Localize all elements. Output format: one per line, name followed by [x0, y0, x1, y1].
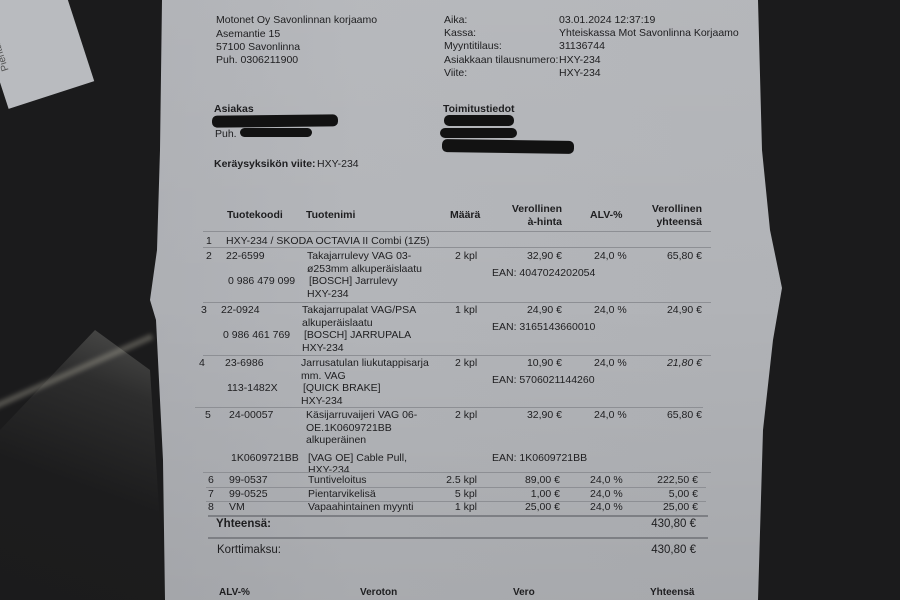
product-code: 22-6599: [226, 250, 265, 263]
row-divider: [203, 247, 711, 248]
ean-code: EAN: 1K0609721BB: [492, 452, 587, 465]
unit-price: 89,00 €: [488, 474, 560, 487]
product-name: Pientarvikelisä: [308, 488, 376, 501]
meta-label: Kassa:: [444, 27, 476, 40]
background-light-reflection: [0, 300, 170, 600]
supplier-code: 113-1482X: [227, 382, 278, 395]
unit-price: 24,90 €: [488, 304, 562, 317]
unit-price: 32,90 €: [488, 250, 562, 263]
row-number: 8: [208, 501, 214, 514]
line-total: 222,50 €: [626, 474, 698, 487]
vat-header-tax: Vero: [513, 586, 535, 599]
meta-label: Aika:: [444, 14, 467, 27]
ean-code: EAN: 5706021144260: [492, 374, 595, 387]
product-code: 24-00057: [229, 409, 273, 422]
product-code: 23-6986: [225, 357, 264, 370]
collection-ref-label: Keräysyksikön viite:: [214, 158, 316, 171]
meta-label: Viite:: [444, 67, 467, 80]
unit-price: 1,00 €: [488, 488, 560, 501]
unit-price: 25,00 €: [488, 501, 560, 514]
quantity: 2 kpl: [455, 250, 477, 263]
product-name-line: mm. VAG: [301, 370, 346, 383]
card-payment-label: Korttimaksu:: [217, 544, 281, 557]
vat-rate: 24,0 %: [594, 357, 627, 370]
vat-header-total: Yhteensä: [650, 586, 694, 599]
product-code: 99-0525: [229, 488, 268, 501]
header-unit-price-1: Verollinen: [488, 203, 562, 216]
product-reference: HXY-234: [307, 288, 349, 301]
supplier-code: 1K0609721BB: [231, 452, 299, 465]
header-name: Tuotenimi: [306, 209, 355, 222]
supplier-code: 0 986 461 769: [223, 329, 290, 342]
product-reference: HXY-234: [301, 395, 343, 408]
customer-phone-redacted: [240, 128, 312, 137]
quantity: 1 kpl: [410, 501, 477, 514]
vat-rate: 24,0 %: [594, 409, 627, 422]
product-brand: [QUICK BRAKE]: [303, 382, 381, 395]
total-divider-top: [208, 515, 708, 517]
vat-rate: 24,0 %: [590, 501, 623, 514]
line-total: 21,80 €: [628, 357, 702, 370]
row-divider: [203, 355, 711, 356]
row-number: 7: [208, 488, 214, 501]
product-code: VM: [229, 501, 245, 514]
product-name-line: alkuperäinen: [306, 434, 366, 447]
unit-price: 32,90 €: [488, 409, 562, 422]
header-divider: [203, 231, 711, 232]
card-payment-value: 430,80 €: [600, 544, 696, 557]
quantity: 1 kpl: [455, 304, 477, 317]
product-code: 99-0537: [229, 474, 268, 487]
row-number: 5: [205, 409, 211, 422]
vat-rate: 24,0 %: [590, 488, 623, 501]
total-divider-bottom: [208, 537, 708, 539]
total-label: Yhteensä:: [216, 518, 271, 531]
product-brand: [BOSCH] Jarrulevy: [309, 275, 398, 288]
row-number: 4: [199, 357, 205, 370]
unit-price: 10,90 €: [488, 357, 562, 370]
seller-name: Motonet Oy Savonlinnan korjaamo: [216, 14, 377, 27]
line-total: 65,80 €: [628, 409, 702, 422]
seller-phone: Puh. 0306211900: [216, 54, 298, 67]
line-total: 65,80 €: [628, 250, 702, 263]
ean-code: EAN: 3165143660010: [492, 321, 595, 334]
line-total: 24,90 €: [628, 304, 702, 317]
customer-phone-label: Puh.: [215, 128, 237, 141]
vat-rate: 24,0 %: [594, 250, 627, 263]
row-divider: [203, 472, 711, 473]
product-name-line: ø253mm alkuperäislaatu: [307, 263, 422, 276]
seller-street: Asemantie 15: [216, 28, 280, 41]
total-value: 430,80 €: [600, 518, 696, 531]
quantity: 5 kpl: [410, 488, 477, 501]
background-paper-text: Pientarvikelisä: [0, 8, 11, 73]
meta-value: HXY-234: [559, 67, 601, 80]
row-number: 3: [201, 304, 207, 317]
product-brand: [VAG OE] Cable Pull,: [308, 452, 407, 465]
row-number: 6: [208, 474, 214, 487]
meta-value: 03.01.2024 12:37:19: [559, 14, 655, 27]
product-name: Vapaahintainen myynti: [308, 501, 413, 514]
row-divider: [195, 407, 703, 408]
ean-code: EAN: 4047024202054: [492, 267, 595, 280]
row-divider: [203, 302, 711, 303]
delivery-line-redacted: [444, 115, 514, 126]
vat-header-rate: ALV-%: [219, 586, 250, 599]
header-qty: Määrä: [450, 209, 480, 222]
product-brand: [BOSCH] JARRUPALA: [304, 329, 411, 342]
collection-ref-value: HXY-234: [317, 158, 359, 171]
product-name-line: Jarrusatulan liukutappisarja: [301, 357, 429, 370]
product-name-line: Käsijarruvaijeri VAG 06-: [306, 409, 417, 422]
product-code: 22-0924: [221, 304, 260, 317]
header-total-2: yhteensä: [628, 216, 702, 229]
quantity: 2 kpl: [455, 357, 477, 370]
delivery-line-redacted: [442, 139, 574, 154]
row-number: 2: [206, 250, 212, 263]
vat-rate: 24,0 %: [594, 304, 627, 317]
header-vat: ALV-%: [590, 209, 622, 222]
vat-header-net: Veroton: [360, 586, 397, 599]
quantity: 2.5 kpl: [410, 474, 477, 487]
line-total: 5,00 €: [626, 488, 698, 501]
product-reference: HXY-234: [302, 342, 344, 355]
customer-name-redacted: [212, 114, 338, 127]
product-name-line: OE.1K0609721BB: [306, 422, 392, 435]
meta-label: Myyntitilaus:: [444, 40, 502, 53]
product-name-line: alkuperäislaatu: [302, 317, 373, 330]
vat-rate: 24,0 %: [590, 474, 623, 487]
product-name-line: Takajarrulevy VAG 03-: [307, 250, 411, 263]
meta-value: 31136744: [559, 40, 605, 53]
quantity: 2 kpl: [455, 409, 477, 422]
line-total: 25,00 €: [626, 501, 698, 514]
delivery-line-redacted: [440, 128, 517, 138]
background-paper: Pientarvikelisä: [0, 0, 94, 109]
seller-city: 57100 Savonlinna: [216, 41, 300, 54]
customer-heading: Asiakas: [214, 103, 254, 116]
header-code: Tuotekoodi: [227, 209, 283, 222]
meta-value: Yhteiskassa Mot Savonlinna Korjaamo: [559, 27, 739, 40]
product-name-line: Takajarrupalat VAG/PSA: [302, 304, 416, 317]
header-total-1: Verollinen: [628, 203, 702, 216]
meta-label: Asiakkaan tilausnumero:: [444, 54, 558, 67]
supplier-code: 0 986 479 099: [228, 275, 295, 288]
product-name: Tuntiveloitus: [308, 474, 367, 487]
meta-value: HXY-234: [559, 54, 601, 67]
header-unit-price-2: à-hinta: [488, 216, 562, 229]
